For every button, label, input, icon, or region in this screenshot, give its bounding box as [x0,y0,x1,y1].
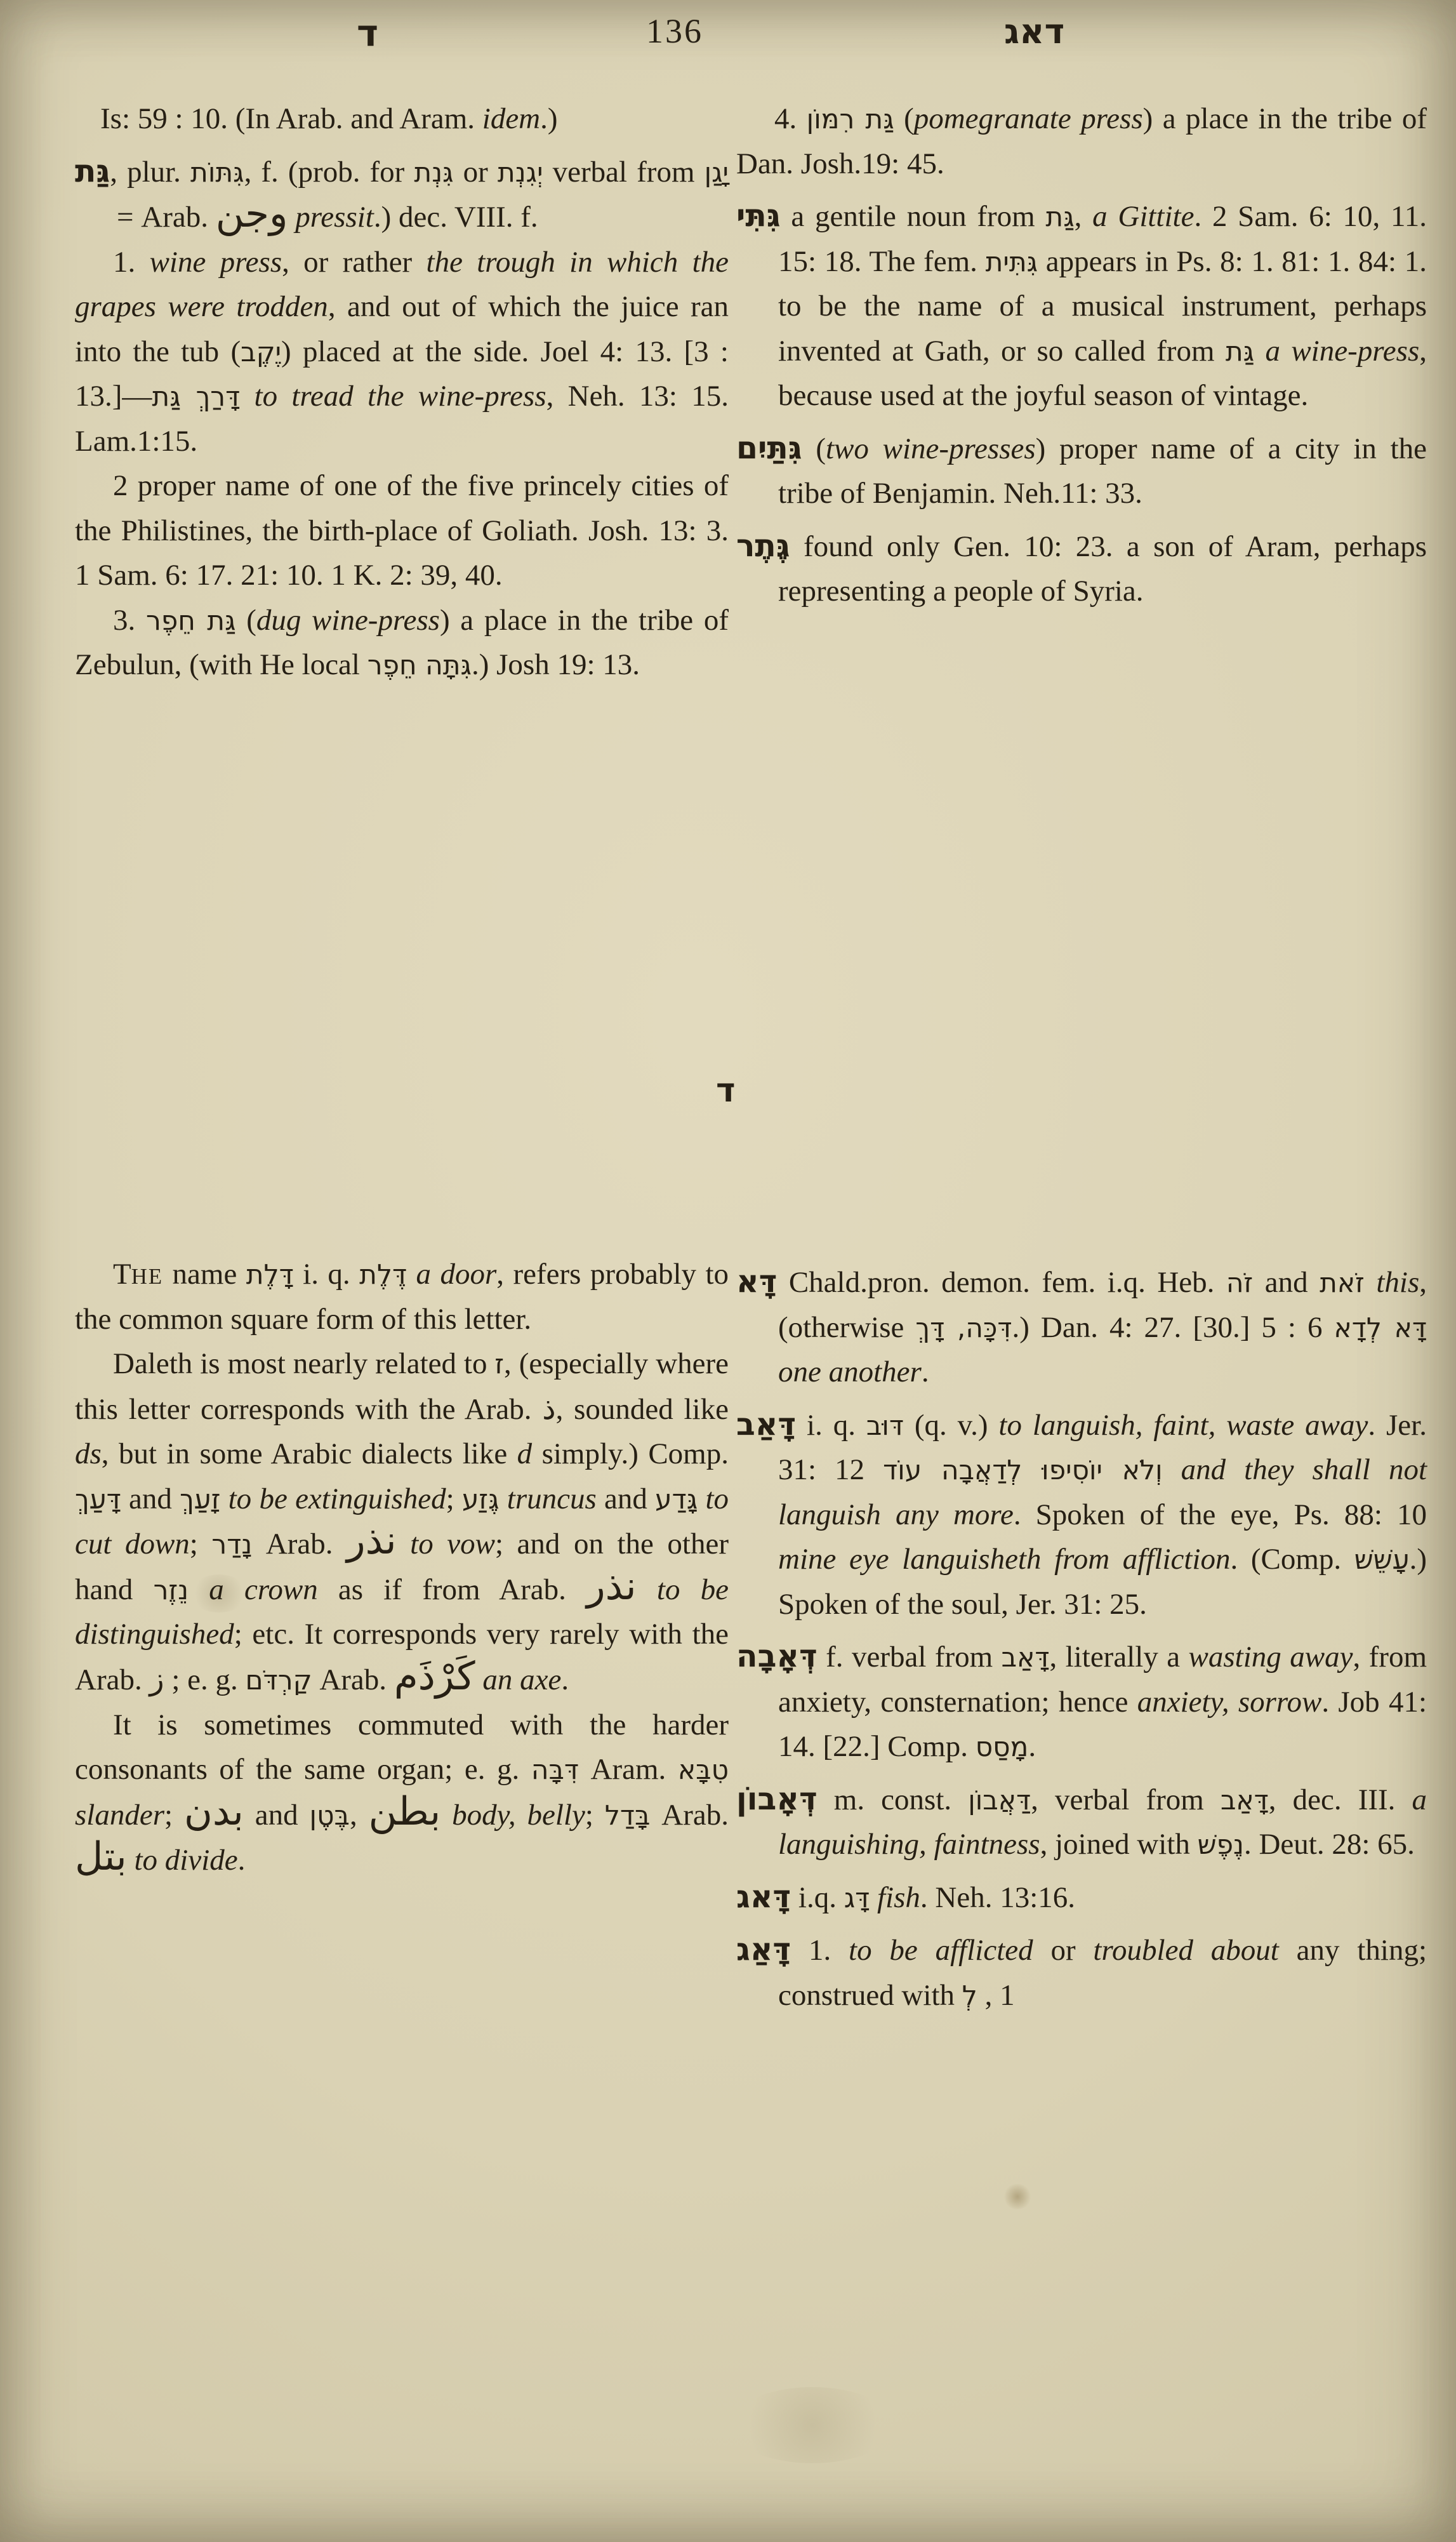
italic-gloss-text: troubled about [1093,1934,1278,1967]
hebrew-text: דִּבָּה [531,1754,579,1785]
hebrew-text: זֹאת [1320,1267,1365,1298]
hebrew-headword: גִּתִּי [736,197,781,234]
body-text [698,1482,705,1515]
hebrew-text: בָּדַל [605,1800,651,1831]
arabic-text: نذر [586,1564,637,1609]
body-text [1365,1266,1377,1299]
italic-gloss-text: truncus [507,1482,597,1515]
hebrew-text: דָּלֶת [246,1259,294,1290]
arabic-text: بتل [75,1834,127,1879]
arabic-text: ز [149,1662,164,1697]
body-text [127,1844,135,1877]
body-text [288,201,296,234]
hebrew-text: דָּאַב [1002,1642,1050,1673]
body-text: , plur. [110,156,190,189]
hebrew-text: קַרְדֹּם [246,1665,312,1696]
body-text: , verbal from [1031,1783,1221,1816]
italic-gloss-text: pressit [295,201,374,234]
body-text: found only Gen. 10: 23. a son of Aram, p… [778,530,1427,608]
italic-gloss-text: dug wine-press [256,604,440,637]
hebrew-text: גֶּזַע [462,1484,500,1515]
body-text: Is: 59 : 10. (In Arab. and Aram. [100,102,482,135]
italic-gloss-text: idem [482,102,540,135]
hebrew-text: דַּאֲבוֹן [968,1785,1031,1816]
running-head-right-word: דאג [1004,11,1064,51]
hebrew-headword: דְּאָבָה [736,1638,817,1674]
hebrew-text: גַּת [1045,201,1074,232]
hebrew-text: מָסַס [976,1731,1029,1762]
italic-gloss-text: a wine-press [1265,335,1419,368]
dictionary-entry-paragraph: דְּאָבָה f. verbal from דָּאַב, literall… [736,1633,1427,1769]
hebrew-text: נֵזֶר [154,1574,189,1606]
hebrew-text: גַּת [1226,336,1254,367]
hebrew-text: טִבָּא [678,1754,729,1785]
hebrew-text: זֹה [1226,1267,1253,1298]
hebrew-text: יְגִנְת [498,157,543,188]
body-text: or [454,156,498,189]
italic-gloss-text: slander [75,1799,164,1832]
body-text: . Spoken of the eye, Ps. 88: 10 [1014,1498,1427,1531]
hebrew-text: דָּא לְדָא [1334,1312,1427,1343]
hebrew-text: נֶפֶשׁ [1198,1829,1244,1860]
italic-gloss-text: d [517,1437,533,1470]
dictionary-entry-paragraph: Daleth is most nearly related to ז, (esp… [75,1341,729,1703]
body-text: Arab. [252,1527,347,1560]
body-text: , joined with [1040,1828,1198,1861]
italic-gloss-text: pomegranate press [914,102,1143,135]
body-text: a gentile noun from [781,200,1046,233]
body-text [475,1663,483,1696]
hebrew-headword: דְּאָבוֹן [736,1781,817,1817]
dictionary-entry-paragraph: דָּאַב i. q. דּוּב (q. v.) to languish, … [736,1401,1427,1627]
right-column-daleth-section: דָּא Chald.pron. demon. fem. i.q. Heb. ז… [736,1252,1427,2018]
italic-gloss-text: to be extinguished [228,1482,446,1515]
left-column-daleth-section: THE name דָּלֶת i. q. דֶּלֶת a door, ref… [75,1252,729,1883]
body-text: name [163,1258,246,1291]
body-text: , or rather [282,246,426,279]
hebrew-text: דֶּלֶת [359,1259,407,1290]
arabic-text: ذ [542,1392,555,1427]
body-text: simply.) Comp. [532,1437,729,1470]
body-text: ; [585,1799,605,1832]
dictionary-entry-paragraph: 2 proper name of one of the five princel… [75,463,729,598]
italic-gloss-text: mine eye languisheth from affliction [778,1543,1230,1576]
body-text: 1. [791,1934,849,1967]
body-text: .) Josh 19: 13. [472,648,640,681]
paper-stain [730,2387,895,2463]
body-text: (q. v.) [904,1409,998,1442]
body-text: . (Comp. [1230,1543,1354,1576]
running-head-left-letter: ד [357,11,378,55]
hebrew-headword: דָּאַב [736,1406,796,1442]
hebrew-headword: גִּתַּיִם [736,430,802,466]
body-text: ; [446,1482,462,1515]
body-text: . [1028,1730,1036,1763]
dictionary-entry-paragraph: It is sometimes commuted with the harder… [75,1703,729,1883]
dictionary-entry-paragraph: דָּאַג 1. to be afflicted or troubled ab… [736,1926,1427,2018]
body-text [189,1573,209,1606]
body-text: . Deut. 28: 65. [1244,1828,1415,1861]
dictionary-entry-paragraph: THE name דָּלֶת i. q. דֶּלֶת a door, ref… [75,1252,729,1341]
body-text: . [561,1663,569,1696]
dictionary-page: ד 136 דאג Is: 59 : 10. (In Arab. and Ara… [0,0,1456,2542]
body-text [1163,1453,1181,1486]
italic-gloss-text: a crown [209,1573,317,1606]
hebrew-text: לְ [962,1980,977,2011]
body-text: as if from Arab. [318,1573,586,1606]
italic-gloss-text: to vow [410,1527,495,1560]
hebrew-text: גִּתּוֹת [190,157,244,188]
body-text: and [597,1482,655,1515]
dictionary-entry-paragraph: 1. wine press, or rather the trough in w… [75,240,729,464]
dictionary-entry-paragraph: Is: 59 : 10. (In Arab. and Aram. idem.) [75,96,729,142]
dictionary-entry-paragraph: דְּאָבוֹן m. const. דַּאֲבוֹן, verbal fr… [736,1776,1427,1867]
body-text: .) Dan. 4: 27. [30.] 5 : 6 [1012,1311,1334,1344]
arabic-text: نذر [347,1518,397,1563]
body-text: verbal from [543,156,705,189]
body-text: ; [190,1527,212,1560]
paper-stain [1003,2184,1032,2209]
arabic-text: بدن [184,1789,244,1834]
body-text: , literally a [1049,1640,1188,1674]
body-text [440,1799,452,1832]
body-text: i. q. [294,1258,359,1291]
hebrew-text: דִּכָּה, דָּךְ [915,1312,1012,1343]
arabic-text: كَرْذَم [394,1654,475,1699]
hebrew-text: גַּת חֵפֶר [146,605,236,636]
hebrew-text: גַּת רִמּוֹן [807,103,894,135]
body-text: = Arab. [117,201,216,234]
hebrew-headword: גֶּתֶר [736,528,790,564]
body-text [240,380,254,413]
dictionary-entry-paragraph: 4. גַּת רִמּוֹן (pomegranate press) a pl… [736,96,1427,186]
body-text: . Neh. 13:16. [920,1881,1075,1914]
body-text: ; [164,1799,184,1832]
italic-gloss-text: a Gittite [1092,200,1194,233]
hebrew-text: גִּתִּית [986,246,1038,277]
dictionary-entry-paragraph: דָּא Chald.pron. demon. fem. i.q. Heb. ז… [736,1258,1427,1395]
hebrew-text: ז [494,1348,504,1380]
italic-gloss-text: one another [778,1355,922,1388]
italic-gloss-text: body, belly [452,1799,585,1832]
body-text: Aram. [579,1753,678,1786]
body-text [407,1258,416,1291]
body-text: , f. (prob. for [244,156,414,189]
body-text: m. const. [817,1783,969,1816]
body-text [1254,335,1265,368]
daleth-section-divider-letter: ד [716,1072,736,1110]
body-text [397,1527,411,1560]
body-text: , but in some Arabic dialects like [102,1437,517,1470]
italic-gloss-text: two wine-presses [826,432,1036,465]
hebrew-text: גִּתָּה חֵפֶר [367,649,472,681]
body-text [500,1482,507,1515]
left-column-gimel-section: Is: 59 : 10. (In Arab. and Aram. idem.)ג… [75,96,729,688]
dictionary-entry-paragraph: גִּתִּי a gentile noun from גַּת, a Gitt… [736,192,1427,418]
hebrew-text: דָּרַךְ גַּת [152,381,240,412]
body-text: , dec. III. [1269,1783,1412,1816]
body-text: .) dec. VIII. f. [374,201,538,234]
right-column-gimel-section: 4. גַּת רִמּוֹן (pomegranate press) a pl… [736,96,1427,614]
dictionary-entry-paragraph: גֶּתֶר found only Gen. 10: 23. a son of … [736,522,1427,614]
hebrew-text: יָגַן [705,157,729,188]
hebrew-text: דָּעַךְ [75,1484,121,1515]
body-text: ( [894,102,914,135]
italic-gloss-text: an axe [482,1663,561,1696]
body-text: T [113,1258,131,1291]
body-text [637,1573,657,1606]
body-text [220,1482,228,1515]
body-text: Arab. [650,1799,729,1832]
body-text: , [350,1799,369,1832]
dictionary-entry-paragraph: גִּתַּיִם (two wine-presses) proper name… [736,425,1427,516]
italic-gloss-text: anxiety, sorrow [1137,1686,1322,1719]
hebrew-text: עָשֵׁשׁ [1354,1544,1410,1575]
body-text: and [121,1482,180,1515]
hebrew-text: נָדַר [211,1529,252,1560]
body-text [870,1881,877,1914]
arabic-text: وجن [216,191,288,236]
body-text: Arab. [312,1663,394,1696]
italic-gloss-text: to languish, faint, waste away [998,1409,1368,1442]
body-text: ; e. g. [164,1663,246,1696]
body-text: , sounded like [556,1393,729,1426]
body-text: f. verbal from [817,1640,1002,1674]
hebrew-headword: דָּאג [736,1879,791,1915]
smallcaps-text: HE [131,1264,163,1289]
page-number: 136 [646,11,703,51]
hebrew-headword: דָּאַג [736,1931,791,1967]
body-text: , 1 [977,1979,1015,2012]
hebrew-text: דָּג [844,1882,870,1913]
body-text: . [238,1844,246,1877]
italic-gloss-text: to tread the wine-press [255,380,546,413]
body-text: and [244,1799,310,1832]
body-text: and [1253,1266,1320,1299]
hebrew-headword: דָּא [736,1263,777,1300]
body-text: 4. [774,102,807,135]
italic-gloss-text: to divide [134,1844,237,1877]
body-text: Chald.pron. demon. fem. i.q. Heb. [777,1266,1226,1299]
body-text: Daleth is most nearly related to [113,1347,494,1380]
body-text: i. q. [796,1409,866,1442]
body-text: 2 proper name of one of the five princel… [75,469,729,592]
italic-gloss-text: to be afflicted [849,1934,1033,1967]
hebrew-text: יֶקֶב [241,336,281,368]
body-text: , [1075,200,1092,233]
dictionary-entry-paragraph: גַּת, plur. גִּתּוֹת, f. (prob. for גִּנ… [75,148,729,240]
hebrew-text: דָּאַב [1221,1785,1269,1816]
italic-gloss-text: fish [877,1881,920,1914]
hebrew-text: בֶּטֶן [310,1800,350,1831]
dictionary-entry-paragraph: דָּאג i.q. דָּג fish. Neh. 13:16. [736,1873,1427,1920]
hebrew-text: דּוּב [866,1410,904,1441]
italic-gloss-text: wasting away [1189,1640,1353,1674]
body-text: or [1033,1934,1094,1967]
arabic-text: بطن [369,1789,441,1834]
body-text: 3. [113,604,146,637]
body-text: ( [802,432,826,465]
hebrew-text: גִּנְת [414,157,453,188]
body-text: i.q. [791,1881,844,1914]
body-text: .) [540,102,557,135]
body-text: 1. [113,246,150,279]
italic-gloss-text: wine press [150,246,282,279]
hebrew-text: גָּדַע [655,1484,698,1515]
italic-gloss-text: a door [416,1258,497,1291]
body-text: ( [236,604,256,637]
italic-gloss-text: ds [75,1437,102,1470]
italic-gloss-text: this [1376,1266,1419,1299]
hebrew-text: זָעַךְ [180,1484,220,1515]
body-text: . [922,1355,929,1388]
dictionary-entry-paragraph: 3. גַּת חֵפֶר (dug wine-press) a place i… [75,598,729,688]
hebrew-text: וְלֹא יוֹסִיפוּ לְדַאֲבָה עוֹד [883,1454,1162,1486]
hebrew-headword: גַּת [75,153,110,189]
